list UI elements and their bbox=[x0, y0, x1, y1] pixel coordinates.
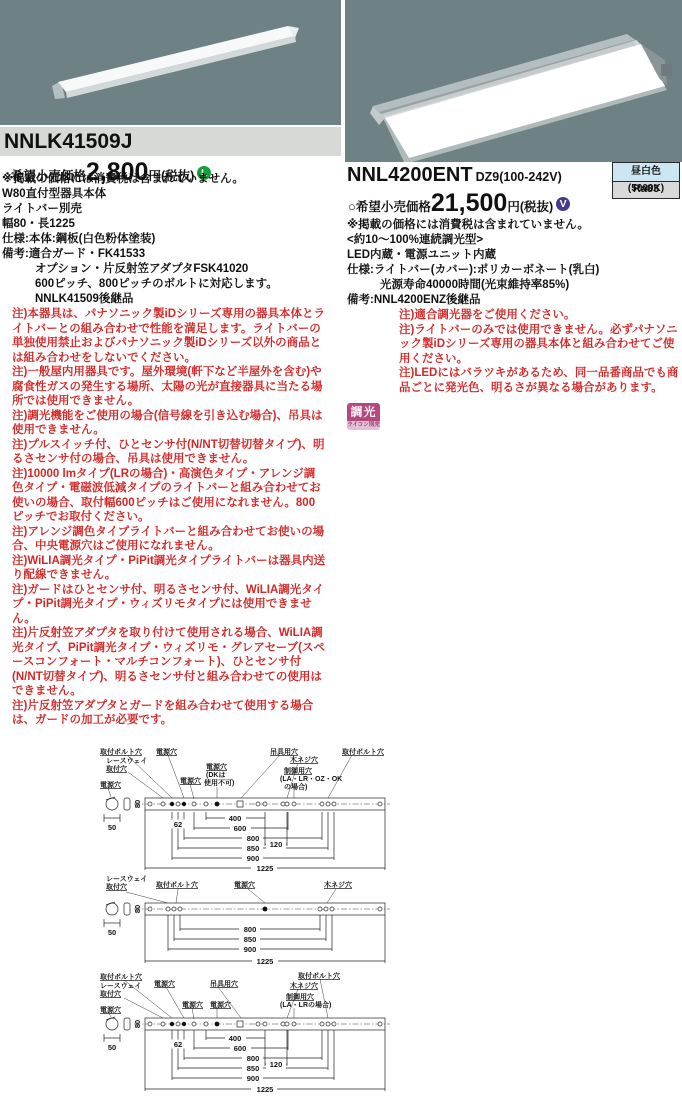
spec-value: 光源寿命40000時間(光束維持率85%) bbox=[347, 278, 681, 293]
dim-value: 1225 bbox=[257, 864, 274, 872]
spec-value: ライトバー(カバー):ポリカーボネート(乳白) bbox=[374, 263, 599, 278]
price-label: 希望小売価格 bbox=[356, 197, 431, 215]
remark-item: 600ピッチ、800ピッチのボルトに対応します。 bbox=[2, 277, 338, 292]
spec-line: LED内蔵・電源ユニット内蔵 bbox=[347, 248, 681, 263]
dim-value: 400 bbox=[229, 814, 242, 823]
diagram-label: 電源穴 bbox=[100, 1005, 121, 1014]
remarks-row: 備考: 適合ガード・FK41533 bbox=[2, 247, 338, 262]
dim-value: 900 bbox=[247, 1074, 260, 1083]
note-paragraph: 注)ライトバーのみでは使用できません。必ずパナソニック製iDシリーズ専用の器具本… bbox=[347, 323, 681, 367]
tax-note: ※掲載の価格には消費税は含まれていません。 bbox=[347, 218, 681, 233]
dim-value: 800 bbox=[247, 834, 260, 843]
right-notes: 注)適合調光器をご使用ください。 注)ライトバーのみでは使用できません。必ずパナ… bbox=[347, 308, 681, 395]
diagram-label: 取付穴 bbox=[106, 764, 127, 773]
spec-badges: 昼白色(5000K) Ra83 bbox=[612, 162, 680, 199]
remark-item: NNLK41509後継品 bbox=[2, 292, 338, 307]
dim-value: 850 bbox=[247, 1064, 260, 1073]
diagram-label: 電源穴 bbox=[206, 762, 227, 771]
remark-item: NNL4200ENZ後継品 bbox=[374, 293, 481, 308]
left-notes: 注)本器具は、パナソニック製iDシリーズ専用の器具本体とライトバーとの組み合わせ… bbox=[2, 307, 326, 728]
diagram-label: 電源穴 bbox=[182, 1000, 203, 1009]
right-price-row: ○ 希望小売価格 21,500 円(税抜) V bbox=[348, 189, 570, 218]
dim-value: 600 bbox=[234, 1044, 247, 1053]
dimension-diagram-2: レースウェイ 取付穴 取付ボルト穴 電源穴 木ネジ穴 80 50 800 850… bbox=[98, 873, 398, 971]
remarks-row: 備考: NNL4200ENZ後継品 bbox=[347, 293, 681, 308]
note-paragraph: 注)アレンジ調色タイプライトバーと組み合わせてお使いの場合、中央電源穴はご使用に… bbox=[2, 525, 326, 554]
note-paragraph: 注)本器具は、パナソニック製iDシリーズ専用の器具本体とライトバーとの組み合わせ… bbox=[2, 307, 326, 365]
spec-line: 幅80・長1225 bbox=[2, 217, 338, 232]
left-model-number: NNLK41509J bbox=[0, 127, 341, 156]
note-paragraph: 注)調光機能をご使用の場合(信号線を引き込む場合)、吊具は使用できません。 bbox=[2, 409, 326, 438]
dim-value: 50 bbox=[108, 823, 116, 832]
diagram-label: 電源穴 bbox=[154, 979, 175, 988]
diagram-label: レースウェイ bbox=[106, 756, 147, 765]
diagram-label: (DKは bbox=[206, 771, 225, 779]
right-model-suffix: DZ9(100-242V) bbox=[476, 170, 562, 184]
spec-line: <約10〜100%連続調光型> bbox=[347, 233, 681, 248]
dimension-diagram-3: 取付ボルト穴 レースウェイ 取付穴 電源穴 電源穴 電源穴 電源穴 吊具用穴 取… bbox=[98, 972, 398, 1100]
diagram-label: 電源穴 bbox=[100, 780, 121, 789]
price-unit: 円(税抜) bbox=[507, 197, 553, 215]
note-paragraph: 注)片反射笠アダプタを取り付けて使用される場合、WiLIA調光タイプ、PiPit… bbox=[2, 626, 326, 699]
dim-value: 900 bbox=[247, 854, 260, 863]
dim-value: 80 bbox=[133, 1020, 142, 1028]
diagram-label: 取付ボルト穴 bbox=[342, 747, 384, 756]
dim-value: 400 bbox=[229, 1034, 242, 1043]
diagram-label: 電源穴 bbox=[234, 880, 255, 889]
color-temp-badge: 昼白色(5000K) bbox=[613, 163, 679, 182]
note-paragraph: 注)WiLIA調光タイプ・PiPit調光タイプライトバーは器具内送り配線できませ… bbox=[2, 554, 326, 583]
catalog-page: { "left_product": { "model": "NNLK41509J… bbox=[0, 0, 682, 1100]
note-paragraph: 注)一般屋内用器具です。屋外環境(軒下など半屋外を含む)や腐食性ガスの発生する場… bbox=[2, 365, 326, 409]
note-paragraph: 注)LEDにはバラツキがあるため、同一品番商品でも商品ごとに発光色、明るさが異な… bbox=[347, 366, 681, 395]
price-v-icon: V bbox=[556, 197, 570, 211]
note-paragraph: 注)10000 lmタイプ(LRの場合)・高演色タイプ・アレンジ調色タイプ・電磁… bbox=[2, 467, 326, 525]
left-product-photo bbox=[0, 0, 341, 125]
diagram-label: 電源穴 bbox=[180, 776, 201, 785]
spec-row: 仕様: ライトバー(カバー):ポリカーボネート(乳白) bbox=[347, 263, 681, 278]
diagram-label: の場合) bbox=[284, 782, 307, 791]
remarks-label: 備考: bbox=[2, 247, 29, 262]
dim-value: 50 bbox=[108, 928, 116, 937]
dim-value: 850 bbox=[244, 935, 257, 944]
diagram-label: 吊具用穴 bbox=[210, 979, 238, 988]
dim-value: 120 bbox=[270, 1060, 283, 1069]
diagram-label: 取付ボルト穴 bbox=[298, 972, 340, 980]
diagram-label: 制御用穴 bbox=[284, 766, 312, 775]
diagram-label: 電源穴 bbox=[156, 747, 177, 756]
diagram-label: 電源穴 bbox=[210, 1000, 231, 1009]
dim-value: 62 bbox=[174, 1040, 182, 1049]
cri-badge: Ra83 bbox=[613, 182, 679, 198]
spec-label: 仕様: bbox=[347, 263, 374, 278]
diagram-label: (LA・LR・OZ・OK bbox=[280, 776, 342, 783]
dim-value: 1225 bbox=[257, 957, 274, 966]
dimming-badge: 調光 ライコン別売 bbox=[347, 403, 380, 430]
spec-line: 仕様:本体:鋼板(白色粉体塗装) bbox=[2, 232, 338, 247]
price-value: 21,500 bbox=[431, 189, 507, 218]
remarks-label: 備考: bbox=[347, 293, 374, 308]
spec-line: W80直付型器具本体 bbox=[2, 187, 338, 202]
right-product-photo bbox=[345, 0, 682, 162]
dim-value: 800 bbox=[247, 1054, 260, 1063]
price-circle-mark: ○ bbox=[348, 199, 356, 214]
diagram-label: (LA・LRの場合) bbox=[280, 1000, 331, 1009]
diagram-label: 制御用穴 bbox=[286, 992, 314, 1001]
diagram-label: 吊具用穴 bbox=[270, 747, 298, 756]
diagram-label: レースウェイ bbox=[100, 981, 141, 990]
dim-value: 80 bbox=[133, 905, 142, 913]
dim-value: 1225 bbox=[257, 1085, 274, 1094]
dimming-badge-sub: ライコン別売 bbox=[347, 421, 380, 430]
diagram-label: 木ネジ穴 bbox=[290, 755, 318, 764]
diagram-label: 使用不可) bbox=[204, 778, 234, 787]
dim-value: 80 bbox=[133, 800, 142, 808]
right-spec-block: ※掲載の価格には消費税は含まれていません。 <約10〜100%連続調光型> LE… bbox=[347, 218, 681, 430]
light-fixture-image bbox=[52, 26, 299, 99]
note-paragraph: 注)プルスイッチ付、ひとセンサ付(N/NT切替切替タイプ)、明るさセンサ付の場合… bbox=[2, 438, 326, 467]
dim-value: 120 bbox=[270, 840, 283, 849]
dim-value: 62 bbox=[174, 820, 182, 829]
remark-item: オプション・片反射笠アダプタFSK41020 bbox=[2, 262, 338, 277]
dim-value: 600 bbox=[234, 824, 247, 833]
note-paragraph: 注)ガードはひとセンサ付、明るさセンサ付、WiLIA調光タイプ・PiPit調光タ… bbox=[2, 583, 326, 627]
tax-note: ※掲載の価格には消費税は含まれていません。 bbox=[2, 172, 338, 187]
dim-value: 800 bbox=[244, 925, 257, 934]
left-spec-block: ※掲載の価格には消費税は含まれていません。 W80直付型器具本体 ライトバー別売… bbox=[2, 172, 338, 728]
note-paragraph: 注)適合調光器をご使用ください。 bbox=[347, 308, 681, 323]
dim-value: 50 bbox=[108, 1043, 116, 1052]
spec-line: ライトバー別売 bbox=[2, 202, 338, 217]
diagram-label: 取付ボルト穴 bbox=[156, 880, 198, 889]
diagram-label: 木ネジ穴 bbox=[290, 981, 318, 990]
diagram-label: 取付ボルト穴 bbox=[100, 972, 142, 981]
diagram-label: 取付ボルト穴 bbox=[100, 747, 142, 756]
dimension-diagram-1: 取付ボルト穴 電源穴 吊具用穴 取付ボルト穴 レースウェイ 取付穴 電源穴 電源… bbox=[98, 746, 398, 872]
diagram-label: 木ネジ穴 bbox=[324, 880, 352, 889]
right-model-number: NNL4200ENT bbox=[347, 164, 473, 187]
right-model-row: NNL4200ENT DZ9(100-242V) bbox=[347, 164, 562, 187]
note-paragraph: 注)片反射笠アダプタとガードを組み合わせて使用する場合は、ガードの加工が必要です… bbox=[2, 699, 326, 728]
diagram-label: レースウェイ bbox=[106, 874, 147, 883]
dim-value: 900 bbox=[244, 945, 257, 954]
dimming-badge-label: 調光 bbox=[347, 403, 380, 421]
remark-item: 適合ガード・FK41533 bbox=[29, 247, 145, 262]
diagram-label: 取付穴 bbox=[106, 882, 127, 891]
diagram-label: 取付穴 bbox=[100, 989, 121, 998]
light-bar-image bbox=[370, 34, 672, 162]
dim-value: 850 bbox=[247, 844, 260, 853]
